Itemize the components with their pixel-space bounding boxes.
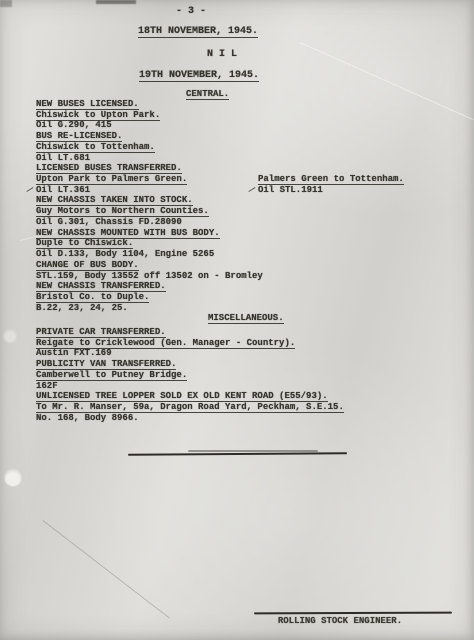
line-text: Palmers Green to Tottenham. (258, 174, 404, 185)
line-text: LICENSED BUSES TRANSFERRED. (36, 163, 182, 174)
document-line: Duple to Chiswick. (36, 238, 263, 249)
line-text: Chiswick to Tottenham. (36, 142, 155, 153)
line-text: Oil D.133, Body 1104, Engine 5265 (36, 249, 214, 259)
document-line: NEW CHASSIS MOUNTED WITH BUS BODY. (36, 228, 263, 239)
line-text: UNLICENSED TREE LOPPER SOLD EX OLD KENT … (36, 391, 328, 402)
date-heading-18th: 18TH NOVEMBER, 1945. (138, 26, 258, 38)
page-number: - 3 - (155, 6, 227, 18)
document-line: NEW CHASSIS TRANSFERRED. (36, 281, 263, 292)
document-line: NEW BUSES LICENSED. (36, 99, 263, 110)
line-text: Camberwell to Putney Bridge. (36, 370, 187, 381)
central-section-lines: NEW BUSES LICENSED.Chiswick to Upton Par… (36, 99, 263, 313)
document-line: 162F (36, 381, 344, 392)
document-line: Bristol Co. to Duple. (36, 292, 263, 303)
line-text: To Mr. R. Manser, 59a, Dragon Road Yard,… (36, 402, 344, 413)
line-text: STL.159, Body 13552 off 13502 on - Broml… (36, 271, 263, 281)
scanned-document-page: - 3 - 18TH NOVEMBER, 1945. N I L 19TH NO… (0, 0, 474, 640)
line-text: NEW CHASSIS TRANSFERRED. (36, 281, 166, 292)
document-line: Oil G.301, Chassis FD.28090 (36, 217, 263, 228)
document-line: PUBLICITY VAN TRANSFERRED. (36, 359, 344, 370)
line-text: No. 168, Body 8966. (36, 413, 139, 423)
line-text: Austin FXT.169 (36, 348, 112, 358)
paper-crease (300, 42, 474, 120)
document-line: STL.159, Body 13552 off 13502 on - Broml… (36, 271, 263, 282)
line-text: Duple to Chiswick. (36, 238, 133, 249)
nil-entry: N I L (190, 49, 254, 61)
line-text: Oil STL.1911 (258, 185, 323, 195)
document-line: Austin FXT.169 (36, 348, 344, 359)
document-line: Chiswick to Upton Park. (36, 110, 263, 121)
document-line: LICENSED BUSES TRANSFERRED. (36, 163, 263, 174)
line-right-column: Oil STL.1911 (258, 185, 323, 196)
miscellaneous-section-lines: PRIVATE CAR TRANSFERRED.Reigate to Crick… (36, 327, 344, 423)
line-text: PRIVATE CAR TRANSFERRED. (36, 327, 166, 338)
document-line: Reigate to Cricklewood (Gen. Manager - C… (36, 338, 344, 349)
line-text: Guy Motors to Northern Counties. (36, 206, 209, 217)
section-title-miscellaneous: MISCELLANEOUS. (208, 313, 284, 324)
document-line: No. 168, Body 8966. (36, 413, 344, 424)
document-line: NEW CHASSIS TAKEN INTO STOCK. (36, 195, 263, 206)
document-line: Upton Park to Palmers Green.Palmers Gree… (36, 174, 263, 185)
line-text: B.22, 23, 24, 25. (36, 303, 128, 313)
line-text: 162F (36, 381, 58, 391)
line-text: CHANGE OF BUS BODY. (36, 260, 139, 271)
line-text: Oil G.290, 415 (36, 120, 112, 130)
document-line: PRIVATE CAR TRANSFERRED. (36, 327, 344, 338)
line-right-column: Palmers Green to Tottenham. (258, 174, 404, 185)
signature-title: ROLLING STOCK ENGINEER. (240, 616, 440, 626)
line-text: Oil G.301, Chassis FD.28090 (36, 217, 182, 227)
hole-punch (5, 470, 21, 486)
line-text: BUS RE-LICENSED. (36, 131, 122, 142)
date-heading-18th-text: 18TH NOVEMBER, 1945. (138, 26, 258, 38)
document-line: B.22, 23, 24, 25. (36, 303, 263, 314)
date-heading-19th-text: 19TH NOVEMBER, 1945. (139, 70, 259, 82)
document-line: Camberwell to Putney Bridge. (36, 370, 344, 381)
document-line: Chiswick to Tottenham. (36, 142, 263, 153)
scan-smudge (0, 0, 12, 7)
document-line: Oil LT.681 (36, 153, 263, 164)
line-text: PUBLICITY VAN TRANSFERRED. (36, 359, 176, 370)
divider-line-echo (188, 450, 318, 452)
line-text: Oil LT.681 (36, 153, 90, 163)
document-line: BUS RE-LICENSED. (36, 131, 263, 142)
document-line: CHANGE OF BUS BODY. (36, 260, 263, 271)
section-title-miscellaneous-text: MISCELLANEOUS. (208, 313, 284, 324)
handwritten-tick-mark (248, 187, 255, 192)
handwritten-tick-mark (26, 187, 33, 192)
document-line: UNLICENSED TREE LOPPER SOLD EX OLD KENT … (36, 391, 344, 402)
line-text: Oil LT.361 (36, 185, 90, 195)
document-line: Oil LT.361Oil STL.1911 (36, 185, 263, 196)
document-line: Guy Motors to Northern Counties. (36, 206, 263, 217)
scan-smudge (96, 0, 136, 4)
line-text: NEW BUSES LICENSED. (36, 99, 139, 110)
divider-line (128, 452, 347, 456)
line-text: NEW CHASSIS TAKEN INTO STOCK. (36, 195, 193, 206)
document-line: To Mr. R. Manser, 59a, Dragon Road Yard,… (36, 402, 344, 413)
date-heading-19th: 19TH NOVEMBER, 1945. (139, 70, 259, 82)
paper-crease (42, 520, 169, 618)
signature-rule (254, 612, 452, 615)
line-text: NEW CHASSIS MOUNTED WITH BUS BODY. (36, 228, 220, 239)
document-line: Oil D.133, Body 1104, Engine 5265 (36, 249, 263, 260)
hole-punch (4, 330, 16, 342)
document-line: Oil G.290, 415 (36, 120, 263, 131)
line-text: Bristol Co. to Duple. (36, 292, 149, 303)
line-text: Upton Park to Palmers Green. (36, 174, 187, 185)
